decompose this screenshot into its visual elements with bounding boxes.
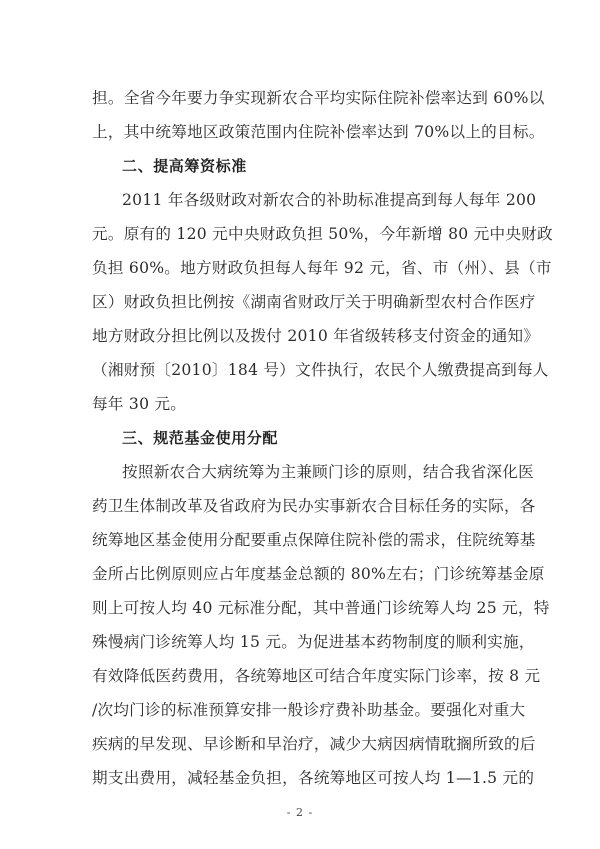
- paragraph-line: 药卫生体制改革及省政府为民办实事新农合目标任务的实际，各: [92, 494, 512, 518]
- paragraph-line: 统筹地区基金使用分配要重点保障住院补偿的需求，住院统筹基: [92, 528, 512, 552]
- paragraph-line: 每年 30 元。: [92, 392, 512, 416]
- paragraph-line: 区）财政负担比例按《湖南省财政厅关于明确新型农村合作医疗: [92, 290, 512, 314]
- paragraph-line: 2011 年各级财政对新农合的补助标准提高到每人每年 200: [122, 188, 512, 212]
- paragraph-line: 担。全省今年要力争实现新农合平均实际住院补偿率达到 60%以: [92, 86, 512, 110]
- paragraph-line: 元。原有的 120 元中央财政负担 50%，今年新增 80 元中央财政: [92, 222, 512, 246]
- paragraph-line: 按照新农合大病统筹为主兼顾门诊的原则，结合我省深化医: [122, 460, 512, 484]
- paragraph-line: （湘财预〔2010〕184 号）文件执行，农民个人缴费提高到每人: [92, 358, 512, 382]
- paragraph-line: /次均门诊的标准预算安排一般诊疗费补助基金。要强化对重大: [92, 698, 512, 722]
- document-page: 担。全省今年要力争实现新农合平均实际住院补偿率达到 60%以 上，其中统筹地区政…: [0, 0, 600, 849]
- section-heading-2: 二、提高筹资标准: [122, 154, 512, 178]
- paragraph-line: 殊慢病门诊统筹人均 15 元。为促进基本药物制度的顺利实施，: [92, 630, 512, 654]
- page-number: - 2 -: [0, 806, 600, 819]
- paragraph-line: 负担 60%。地方财政负担每人每年 92 元，省、市（州）、县（市: [92, 256, 512, 280]
- paragraph-line: 金所占比例原则应占年度基金总额的 80%左右；门诊统筹基金原: [92, 562, 512, 586]
- paragraph-line: 有效降低医药费用，各统筹地区可结合年度实际门诊率，按 8 元: [92, 664, 512, 688]
- section-heading-3: 三、规范基金使用分配: [122, 426, 512, 450]
- paragraph-line: 期支出费用，减轻基金负担，各统筹地区可按人均 1—1.5 元的: [92, 766, 512, 790]
- paragraph-line: 则上可按人均 40 元标准分配，其中普通门诊统筹人均 25 元，特: [92, 596, 512, 620]
- paragraph-line: 上，其中统筹地区政策范围内住院补偿率达到 70%以上的目标。: [92, 120, 512, 144]
- paragraph-line: 疾病的早发现、早诊断和早治疗，减少大病因病情耽搁所致的后: [92, 732, 512, 756]
- paragraph-line: 地方财政分担比例以及拨付 2010 年省级转移支付资金的通知》: [92, 324, 512, 348]
